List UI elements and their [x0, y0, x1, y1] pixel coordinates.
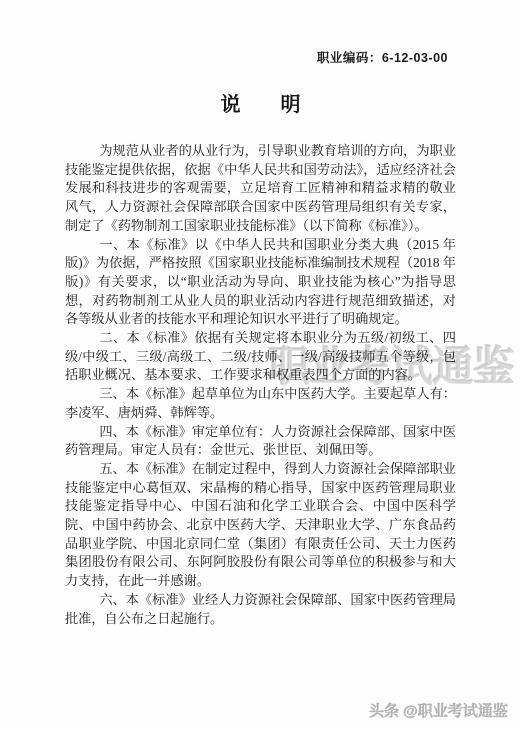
paragraph-item-1: 一、本《标准》以《中华人民共和国职业分类大典（2015 年版)》为依据，严格按照… — [65, 236, 456, 330]
watermark-footer-toutiao: 头条 @职业考试通鉴 — [369, 700, 508, 721]
paragraph-item-3: 三、本《标准》起草单位为山东中医药大学。主要起草人有：李凌军、唐炳舜、韩辉等。 — [65, 385, 456, 422]
paragraph-item-4: 四、本《标准》审定单位有：人力资源社会保障部、国家中医药管理局。审定人员有：金世… — [65, 423, 456, 460]
paragraph-item-6: 六、本《标准》业经人力资源社会保障部、国家中医药管理局批准，自公布之日起施行。 — [65, 591, 456, 628]
document-page: 职业编码：6-12-03-00 说 明 职业考试通鉴 为规范从业者的从业行为，引… — [0, 0, 520, 729]
paragraph-item-2: 二、本《标准》依据有关规定将本职业分为五级/初级工、四级/中级工、三级/高级工、… — [65, 329, 456, 385]
document-body: 为规范从业者的从业行为，引导职业教育培训的方向，为职业技能鉴定提供依据，依据《中… — [65, 142, 456, 628]
paragraph-intro: 为规范从业者的从业行为，引导职业教育培训的方向，为职业技能鉴定提供依据，依据《中… — [65, 142, 456, 236]
job-code-label: 职业编码：6-12-03-00 — [317, 48, 448, 66]
paragraph-item-5: 五、本《标准》在制定过程中，得到人力资源社会保障部职业技能鉴定中心葛恒双、宋晶梅… — [65, 460, 456, 591]
page-title: 说 明 — [65, 88, 456, 117]
